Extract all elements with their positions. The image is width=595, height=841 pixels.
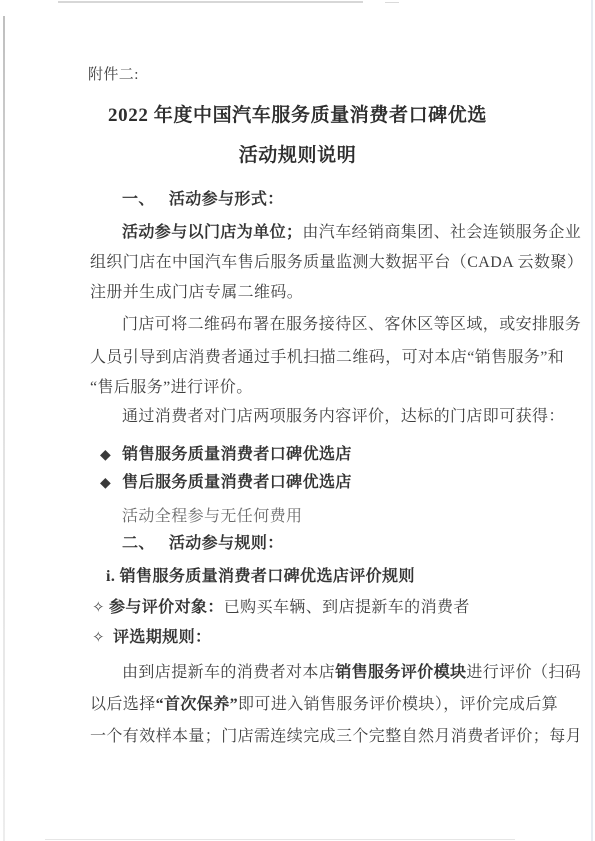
section1-paragraph1-line2: 组织门店在中国汽车售后服务质量监测大数据平台（CADA 云数聚） bbox=[90, 252, 583, 274]
section2-heading-text: 活动参与规则： bbox=[169, 535, 284, 552]
evaluation-target-label: 参与评价对象： bbox=[109, 599, 224, 616]
section2-paragraph1-line3: 一个有效样本量；门店需连续完成三个完整自然月消费者评价；每月 bbox=[90, 726, 582, 748]
diamond-bullet-icon: ◆ bbox=[100, 473, 111, 495]
diamond-bullet-icon: ◆ bbox=[100, 445, 111, 467]
section1-heading: 一、活动参与形式： bbox=[122, 189, 284, 211]
star-bullet-icon: ✧ bbox=[92, 597, 105, 619]
bullet-item-label: 销售服务质量消费者口碑优选店 bbox=[122, 446, 352, 463]
document-page: 附件二: 2022 年度中国汽车服务质量消费者口碑优选 活动规则说明 一、活动参… bbox=[0, 0, 595, 841]
section2-heading: 二、活动参与规则： bbox=[122, 533, 284, 555]
document-title-line1: 2022 年度中国汽车服务质量消费者口碑优选 bbox=[0, 105, 595, 127]
section1-paragraph2-line1: 门店可将二维码布署在服务接待区、客休区等区域，或安排服务 bbox=[122, 314, 581, 336]
bullet-item-label: 售后服务质量消费者口碑优选店 bbox=[122, 474, 352, 491]
star-bullet-icon: ✧ bbox=[92, 627, 105, 649]
section1-paragraph1-line3: 注册并生成门店专属二维码。 bbox=[90, 282, 303, 304]
bullet-item-sales: ◆销售服务质量消费者口碑优选店 bbox=[100, 444, 352, 466]
bullet-item-aftersales: ◆售后服务质量消费者口碑优选店 bbox=[100, 472, 352, 494]
evaluation-target-value: 已购买车辆、到店提新车的消费者 bbox=[224, 599, 470, 616]
section2-paragraph1-line1: 由到店提新车的消费者对本店销售服务评价模块进行评价（扫码 bbox=[122, 662, 581, 684]
section2-subheading: i. 销售服务质量消费者口碑优选店评价规则 bbox=[106, 566, 415, 588]
section1-paragraph1-line1: 活动参与以门店为单位；由汽车经销商集团、社会连锁服务企业 bbox=[122, 222, 581, 244]
section1-paragraph2-line3: “售后服务”进行评价。 bbox=[90, 377, 253, 399]
selection-period-item: ✧评选期规则： bbox=[92, 627, 211, 649]
section1-paragraph2-line2: 人员引导到店消费者通过手机扫描二维码，可对本店“销售服务”和 bbox=[90, 347, 564, 369]
document-title-line2: 活动规则说明 bbox=[0, 145, 595, 167]
section1-heading-text: 活动参与形式： bbox=[169, 191, 284, 208]
evaluation-target-item: ✧参与评价对象：已购买车辆、到店提新车的消费者 bbox=[92, 597, 470, 619]
free-participation-note: 活动全程参与无任何费用 bbox=[122, 506, 302, 528]
section1-number: 一、 bbox=[122, 189, 155, 211]
scan-edge-top-fragment bbox=[385, 2, 399, 3]
section2-number: 二、 bbox=[122, 533, 155, 555]
attachment-label: 附件二: bbox=[88, 64, 139, 86]
section1-paragraph3: 通过消费者对门店两项服务内容评价，达标的门店即可获得： bbox=[122, 406, 565, 428]
scan-edge-left bbox=[3, 16, 5, 841]
scan-edge-bottom bbox=[45, 839, 515, 840]
scan-edge-top bbox=[58, 1, 363, 3]
section2-paragraph1-line2: 以后选择“首次保养”即可进入销售服务评价模块），评价完成后算 bbox=[90, 694, 558, 716]
selection-period-label: 评选期规则： bbox=[113, 629, 211, 646]
